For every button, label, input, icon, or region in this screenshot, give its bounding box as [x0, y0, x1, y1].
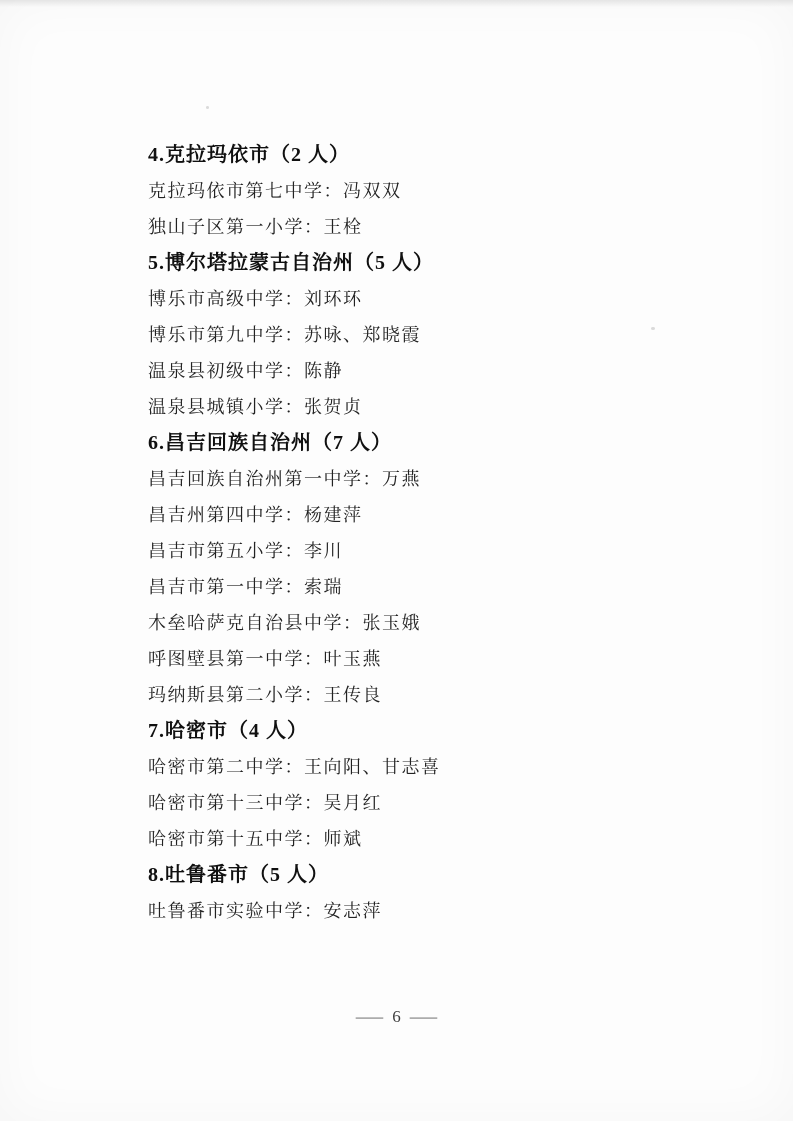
footer-dash-left: — — [356, 1000, 383, 1034]
entry-line: 昌吉州第四中学：杨建萍 — [148, 497, 708, 533]
entry-line: 温泉县初级中学：陈静 — [148, 353, 708, 389]
entry-line: 哈密市第十五中学：师斌 — [148, 821, 708, 857]
entry-line: 昌吉市第一中学：索瑞 — [148, 569, 708, 605]
entry-line: 玛纳斯县第二小学：王传良 — [148, 677, 708, 713]
section-heading-karamay: 4.克拉玛依市（2 人） — [148, 137, 708, 173]
section-heading-bortala: 5.博尔塔拉蒙古自治州（5 人） — [148, 245, 708, 281]
entry-line: 呼图壁县第一中学：叶玉燕 — [148, 641, 708, 677]
section-heading-changji: 6.昌吉回族自治州（7 人） — [148, 425, 708, 461]
entry-line: 昌吉市第五小学：李川 — [148, 533, 708, 569]
section-heading-turpan: 8.吐鲁番市（5 人） — [148, 857, 708, 893]
award-recipient-list: 4.克拉玛依市（2 人） 克拉玛依市第七中学：冯双双 独山子区第一小学：王栓 5… — [148, 137, 708, 929]
entry-line: 博乐市高级中学：刘环环 — [148, 281, 708, 317]
entry-line: 哈密市第二中学：王向阳、甘志喜 — [148, 749, 708, 785]
entry-line: 哈密市第十三中学：吴月红 — [148, 785, 708, 821]
entry-line: 温泉县城镇小学：张贺贞 — [148, 389, 708, 425]
entry-line: 克拉玛依市第七中学：冯双双 — [148, 173, 708, 209]
entry-line: 博乐市第九中学：苏咏、郑晓霞 — [148, 317, 708, 353]
footer-dash-right: — — [410, 1000, 437, 1034]
entry-line: 独山子区第一小学：王栓 — [148, 209, 708, 245]
page-number: 6 — [392, 1000, 401, 1034]
page-footer: —6— — [0, 1000, 793, 1034]
scan-speck — [206, 106, 209, 109]
entry-line: 吐鲁番市实验中学：安志萍 — [148, 893, 708, 929]
scan-edge-shading — [0, 0, 793, 7]
document-page: 4.克拉玛依市（2 人） 克拉玛依市第七中学：冯双双 独山子区第一小学：王栓 5… — [0, 0, 793, 1121]
entry-line: 木垒哈萨克自治县中学：张玉娥 — [148, 605, 708, 641]
entry-line: 昌吉回族自治州第一中学：万燕 — [148, 461, 708, 497]
section-heading-hami: 7.哈密市（4 人） — [148, 713, 708, 749]
